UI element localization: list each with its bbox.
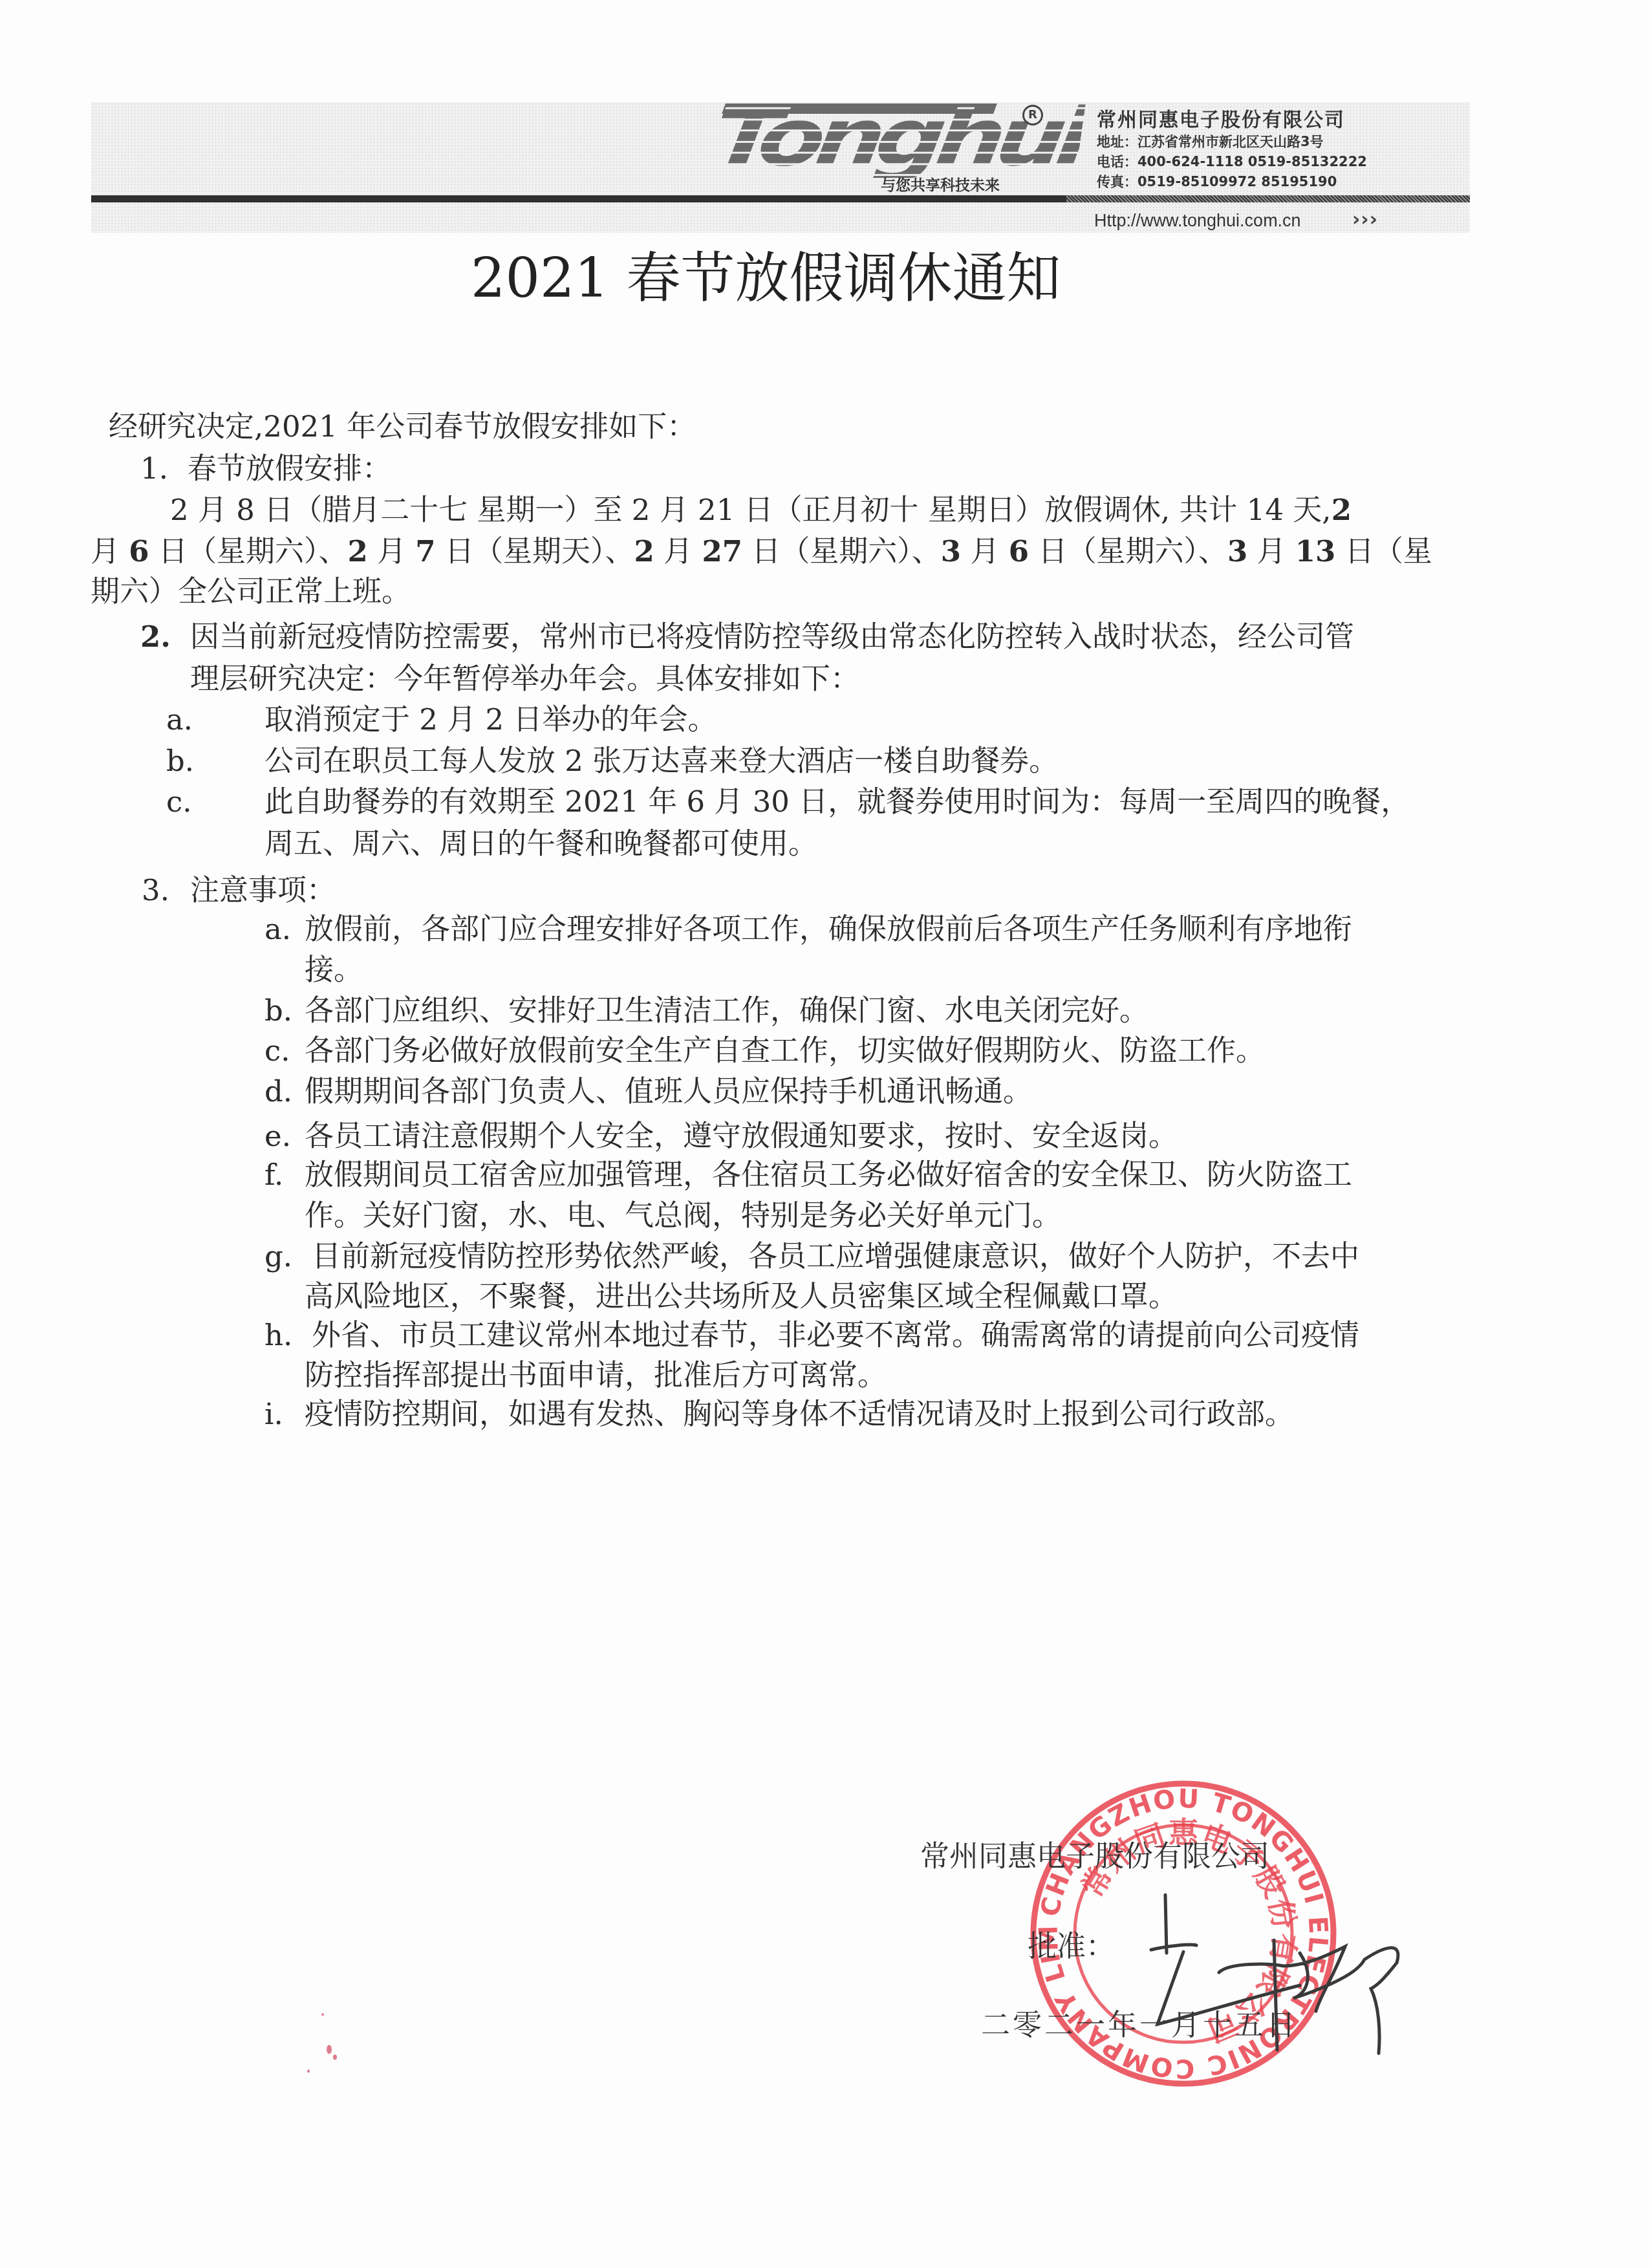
letterhead-fax: 传真：0519-85109972 85195190 <box>1097 171 1337 191</box>
section-3-number: 3. <box>142 870 169 911</box>
section-2-line-2: 理层研究决定：今年暂停举办年会。具体安排如下： <box>190 659 859 699</box>
section-3-item-f-label: f. <box>264 1155 283 1195</box>
bold-date-fragment: 13 <box>1295 534 1336 568</box>
letterhead-company-name: 常州同惠电子股份有限公司 <box>1097 103 1345 132</box>
section-3-item-f-text-2: 作。关好门窗，水、电、气总阀，特别是务必关好单元门。 <box>305 1196 1061 1236</box>
section-1-line-1: 2 月 8 日（腊月二十七 星期一）至 2 月 21 日（正月初十 星期日）放假… <box>170 490 1352 530</box>
bold-date-fragment: 7 <box>415 534 435 568</box>
bold-date-fragment: 3 <box>941 534 961 568</box>
section-3-item-h-text-2: 防控指挥部提出书面申请，批准后方可离常。 <box>305 1355 887 1396</box>
bold-date-fragment: 6 <box>1009 534 1029 568</box>
logo-tagline: 与您共享科技未来 <box>881 173 1000 195</box>
section-3-item-d-text: 假期期间各部门负责人、值班人员应保持手机通讯畅通。 <box>305 1072 1032 1112</box>
section-3-item-h-label: h. <box>264 1315 292 1355</box>
section-1-line-3: 期六）全公司正常上班。 <box>91 572 411 612</box>
section-3-item-c-text: 各部门务必做好放假前安全生产自查工作，切实做好假期防火、防盗工作。 <box>305 1031 1265 1071</box>
section-2-item-c-text-2: 周五、周六、周日的午餐和晚餐都可使用。 <box>264 824 817 864</box>
section-2-item-b-label: b. <box>166 741 194 781</box>
bold-date-fragment: 2 <box>1331 493 1352 527</box>
text-fragment: 日（星期天）、 <box>436 534 634 568</box>
letterhead-rule-hatched <box>1066 195 1470 202</box>
section-2-item-a-label: a. <box>166 700 193 740</box>
section-3-item-a-label: a. <box>264 909 291 949</box>
bold-date-fragment: 2 <box>347 534 367 568</box>
scan-speck <box>307 2069 310 2073</box>
signoff-company-name: 常州同惠电子股份有限公司 <box>920 1837 1269 1876</box>
section-3-item-g-label: g. <box>264 1237 292 1277</box>
bold-date-fragment: 27 <box>702 534 742 568</box>
intro-paragraph: 经研究决定,2021 年公司春节放假安排如下： <box>109 407 696 447</box>
text-fragment: 日（星期六）、 <box>742 534 941 568</box>
section-3-item-e-text: 各员工请注意假期个人安全，遵守放假通知要求，按时、安全返岗。 <box>305 1116 1178 1156</box>
approval-label: 批准： <box>1028 1927 1115 1966</box>
section-3-item-g-text-1: 目前新冠疫情防控形势依然严峻，各员工应增强健康意识，做好个人防护，不去中 <box>312 1237 1359 1277</box>
letterhead-website-link[interactable]: Http://www.tonghui.com.cn <box>1094 211 1301 231</box>
section-3-item-d-label: d. <box>264 1072 292 1112</box>
section-3-item-a-text-1: 放假前，各部门应合理安排好各项工作，确保放假前后各项生产任务顺利有序地衔 <box>305 909 1352 949</box>
section-1-heading: 春节放假安排： <box>188 449 391 489</box>
text-fragment: 日（星期六）、 <box>1029 534 1227 568</box>
section-3-heading: 注意事项： <box>190 870 336 911</box>
text-fragment: 日（星期六）、 <box>149 534 348 568</box>
bold-date-fragment: 6 <box>129 534 149 568</box>
section-2-item-c-text-1: 此自助餐券的有效期至 2021 年 6 月 30 日，就餐券使用时间为：每周一至… <box>264 782 1410 822</box>
section-1-number: 1. <box>140 449 168 489</box>
section-3-item-e-label: e. <box>264 1116 291 1156</box>
section-2-item-c-label: c. <box>166 782 192 822</box>
text-fragment: 月 <box>961 534 1009 568</box>
letterhead-rule <box>91 195 1066 202</box>
scan-speck <box>333 2055 337 2060</box>
text-fragment: 2 月 8 日（腊月二十七 星期一）至 2 月 21 日（正月初十 星期日）放假… <box>170 493 1331 527</box>
bold-date-fragment: 2 <box>634 534 654 568</box>
section-2-item-b-text: 公司在职员工每人发放 2 张万达喜来登大酒店一楼自助餐券。 <box>264 741 1058 781</box>
scan-speck <box>327 2045 332 2054</box>
text-fragment: 月 <box>1247 534 1295 568</box>
section-2-item-a-text: 取消预定于 2 月 2 日举办的年会。 <box>264 700 717 740</box>
letterhead: Tonghui R 与您共享科技未来 常州同惠电子股份有限公司 地址：江苏省常州… <box>91 102 1470 233</box>
section-3-item-f-text-1: 放假期间员工宿舍应加强管理，各住宿员工务必做好宿舍的安全保卫、防火防盗工 <box>305 1155 1352 1195</box>
section-3-item-b-label: b. <box>264 991 292 1031</box>
section-3-item-g-text-2: 高风险地区，不聚餐，进出公共场所及人员密集区域全程佩戴口罩。 <box>305 1277 1178 1317</box>
text-fragment: 月 <box>368 534 416 568</box>
section-3-item-b-text: 各部门应组织、安排好卫生清洁工作，确保门窗、水电关闭完好。 <box>305 991 1148 1031</box>
section-3-item-h-text-1: 外省、市员工建议常州本地过春节，非必要不离常。确需离常的请提前向公司疫情 <box>312 1315 1359 1355</box>
scan-speck <box>321 2013 324 2016</box>
section-3-item-c-label: c. <box>264 1031 290 1071</box>
document-title: 2021 春节放假调休通知 <box>471 246 1085 310</box>
section-3-item-i-label: i. <box>264 1394 283 1434</box>
section-2-line-1: 因当前新冠疫情防控需要，常州市已将疫情防控等级由常态化防控转入战时状态，经公司管 <box>190 617 1354 657</box>
section-2-number: 2. <box>140 617 171 657</box>
text-fragment: 日（星 <box>1335 534 1432 568</box>
registered-trademark-icon: R <box>1022 105 1043 125</box>
bold-date-fragment: 3 <box>1227 534 1247 568</box>
text-fragment: 月 <box>654 534 702 568</box>
section-3-item-i-text: 疫情防控期间，如遇有发热、胸闷等身体不适情况请及时上报到公司行政部。 <box>305 1394 1294 1434</box>
letterhead-address: 地址：江苏省常州市新北区天山路3号 <box>1097 131 1324 151</box>
letterhead-phone: 电话：400-624-1118 0519-85132222 <box>1097 151 1367 171</box>
handwritten-signature <box>1138 1875 1410 2057</box>
chevron-right-icon: ››› <box>1352 208 1378 231</box>
section-1-line-2: 月 6 日（星期六）、2 月 7 日（星期天）、2 月 27 日（星期六）、3 … <box>91 532 1432 572</box>
section-3-item-a-text-2: 接。 <box>305 950 363 990</box>
text-fragment: 月 <box>91 534 129 568</box>
